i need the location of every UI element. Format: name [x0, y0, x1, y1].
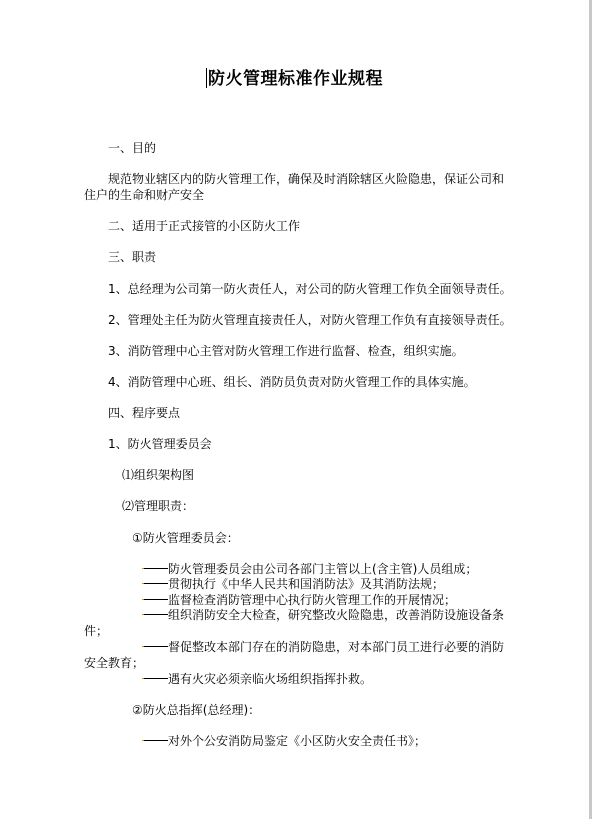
line-text: 防火管理委员会由公司各部门主管以上(含主管)人员组成；	[168, 562, 477, 576]
paragraph-line: 1、防火管理委员会	[108, 437, 212, 451]
paragraph-line: 3、消防管理中心主管对防火管理工作进行监督、检查，组织实施。	[108, 344, 464, 358]
line-text: 贯彻执行《中华人民共和国消防法》及其消防法规；	[168, 577, 444, 591]
em-dash	[144, 568, 168, 569]
line-text: 遇有火灾必须亲临火场组织指挥扑救。	[168, 672, 372, 686]
em-dash	[144, 614, 168, 615]
paragraph-line: 安全教育；	[84, 656, 144, 670]
em-dash	[144, 646, 168, 647]
em-dash	[144, 678, 168, 679]
em-dash	[144, 740, 168, 741]
line-text: ①防火管理委员会：	[132, 531, 239, 545]
paragraph-line: 1、总经理为公司第一防火责任人，对公司的防火管理工作负全面领导责任。	[108, 282, 512, 296]
line-text: 1、防火管理委员会	[108, 437, 212, 451]
paragraph-line: 四、程序要点	[108, 406, 180, 420]
paragraph-line: ⑵管理职责：	[122, 499, 194, 513]
text-cursor	[206, 68, 207, 88]
paragraph-line: 住户的生命和财产安全	[84, 188, 204, 202]
line-text: 一、目的	[108, 141, 156, 155]
line-text: 三、职责	[108, 250, 156, 264]
paragraph-line: 二、适用于正式接管的小区防火工作	[108, 219, 300, 233]
line-text: 件；	[84, 624, 108, 638]
line-text: ②防火总指挥(总经理)：	[132, 703, 260, 717]
paragraph-line: 监督检查消防管理中心执行防火管理工作的开展情况；	[144, 593, 456, 607]
line-text: 督促整改本部门存在的消防隐患，对本部门员工进行必要的消防	[168, 640, 504, 654]
paragraph-line: 三、职责	[108, 250, 156, 264]
line-text: 二、适用于正式接管的小区防火工作	[108, 219, 300, 233]
paragraph-line: ①防火管理委员会：	[132, 531, 239, 545]
paragraph-line: 2、管理处主任为防火管理直接责任人，对防火管理工作负有直接领导责任。	[108, 313, 512, 327]
paragraph-line: 4、消防管理中心班、组长、消防员负责对防火管理工作的具体实施。	[108, 375, 476, 389]
paragraph-line: ②防火总指挥(总经理)：	[132, 703, 260, 717]
line-text: 安全教育；	[84, 656, 144, 670]
line-text: 1、总经理为公司第一防火责任人，对公司的防火管理工作负全面领导责任。	[108, 282, 512, 296]
title-text: 防火管理标准作业规程	[208, 69, 383, 89]
paragraph-line: 规范物业辖区内的防火管理工作，确保及时消除辖区火险隐患，保证公司和	[108, 172, 504, 186]
line-text: 对外个公安消防局鉴定《小区防火安全责任书》；	[168, 734, 426, 748]
line-text: 组织消防安全大检查，研究整改火险隐患，改善消防设施设备条	[168, 608, 504, 622]
paragraph-line: 对外个公安消防局鉴定《小区防火安全责任书》；	[144, 734, 426, 748]
line-text: ⑴组织架构图	[122, 468, 194, 482]
line-text: 2、管理处主任为防火管理直接责任人，对防火管理工作负有直接领导责任。	[108, 313, 512, 327]
document-title: 防火管理标准作业规程	[0, 64, 589, 89]
em-dash	[144, 583, 168, 584]
paragraph-line: 督促整改本部门存在的消防隐患，对本部门员工进行必要的消防	[144, 640, 504, 654]
paragraph-line: 件；	[84, 624, 108, 638]
line-text: 3、消防管理中心主管对防火管理工作进行监督、检查，组织实施。	[108, 344, 464, 358]
paragraph-line: 贯彻执行《中华人民共和国消防法》及其消防法规；	[144, 577, 444, 591]
line-text: 规范物业辖区内的防火管理工作，确保及时消除辖区火险隐患，保证公司和	[108, 172, 504, 186]
paragraph-line: 组织消防安全大检查，研究整改火险隐患，改善消防设施设备条	[144, 608, 504, 622]
line-text: 四、程序要点	[108, 406, 180, 420]
document-page: 防火管理标准作业规程 一、目的规范物业辖区内的防火管理工作，确保及时消除辖区火险…	[0, 0, 592, 819]
line-text: 4、消防管理中心班、组长、消防员负责对防火管理工作的具体实施。	[108, 375, 476, 389]
line-text: 住户的生命和财产安全	[84, 188, 204, 202]
paragraph-line: 防火管理委员会由公司各部门主管以上(含主管)人员组成；	[144, 562, 477, 576]
line-text: 监督检查消防管理中心执行防火管理工作的开展情况；	[168, 593, 456, 607]
paragraph-line: 一、目的	[108, 141, 156, 155]
line-text: ⑵管理职责：	[122, 499, 194, 513]
paragraph-line: ⑴组织架构图	[122, 468, 194, 482]
em-dash	[144, 599, 168, 600]
paragraph-line: 遇有火灾必须亲临火场组织指挥扑救。	[144, 672, 372, 686]
